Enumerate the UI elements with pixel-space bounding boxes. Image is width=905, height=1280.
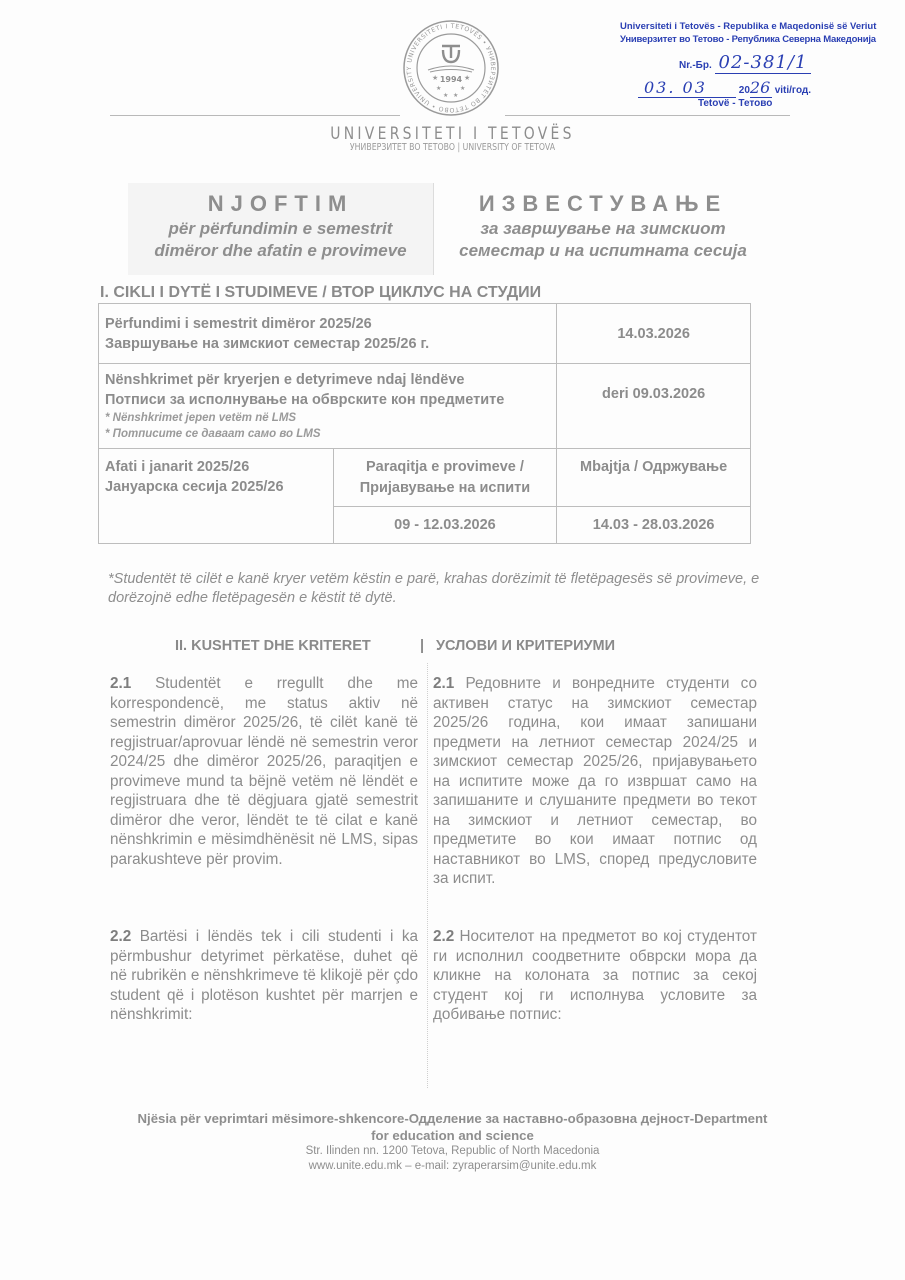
paragraph-2-2-mk: 2.2 Носителот на предметот во кој студен… [433,927,757,1025]
svg-text:★: ★ [443,92,448,99]
semester-end-date: 14.03.2026 [557,304,751,364]
footer-department-line2: for education and science [0,1127,905,1144]
title-albanian: NJOFTIM për përfundimin e semestrit dimë… [128,190,433,262]
paragraph-2-1-mk: 2.1 Редовните и вонредните студенти со а… [433,674,757,889]
paragraph-text: Studentët e rregullt dhe me korresponden… [110,675,418,868]
footer-department-line1: Njësia për veprimtari mësimore-shkencore… [0,1110,905,1127]
signatures-label-sq: Nënshkrimet për kryerjen e detyrimeve nd… [105,370,550,390]
title-heading-sq: NJOFTIM [128,190,433,218]
title-macedonian: ИЗВЕСТУВАЊЕ за завршување на зимскиот се… [438,190,768,262]
registration-stamp: Universiteti i Tetovës - Republika e Maq… [612,20,882,46]
svg-text:★: ★ [464,74,470,82]
svg-text:★: ★ [436,85,441,92]
title-divider [433,183,434,275]
payment-footnote: *Studentët të cilët e kanë kryer vetëm k… [108,570,768,608]
column-divider [427,663,428,1088]
paragraph-text: Редовните и вонредните студенти со актив… [433,675,757,887]
header-divider-left [110,115,400,116]
svg-text:★: ★ [432,74,438,82]
university-seal-icon: UNIVERSITETI I TETOVËS • УНИВЕРЗИТЕТ ВО … [398,18,504,118]
semester-end-label-sq: Përfundimi i semestrit dimëror 2025/26 [105,314,550,334]
semester-end-label: Përfundimi i semestrit dimëror 2025/26 З… [99,304,557,364]
stamp-number: Nr.-Бр. 02-381/1 [679,52,811,73]
university-name: UNIVERSITETI I TETOVËS [81,124,823,144]
signatures-deadline: deri 09.03.2026 [557,364,751,449]
title-subline2-mk: семестар и на испитната сесија [438,240,768,262]
paragraph-number: 2.2 [433,928,454,945]
stamp-date-year-suffix: 26 [750,78,772,98]
session-label-sq: Afati i janarit 2025/26 [105,457,327,477]
session-label-mk: Јануарска сесија 2025/26 [105,477,327,497]
signatures-note-sq: * Nënshkrimet jepen vetëm në LMS [105,410,550,426]
stamp-date-day-month: 03. 03 [638,78,736,98]
exam-registration-dates: 09 - 12.03.2026 [333,507,557,544]
footer-contact[interactable]: www.unite.edu.mk – e-mail: zyraperarsim@… [0,1159,905,1174]
exam-registration-header: Paraqitja e provimeve / Пријавување на и… [333,449,557,507]
title-subline2-sq: dimëror dhe afatin e provimeve [128,240,433,262]
session-label: Afati i janarit 2025/26 Јануарска сесија… [99,449,334,544]
stamp-date-year-prefix: 20 [739,85,750,96]
stamp-date-label: viti/год. [775,85,811,96]
section2-heading-mk: УСЛОВИ И КРИТЕРИУМИ [436,638,615,654]
table-row: Nënshkrimet për kryerjen e detyrimeve nd… [99,364,751,449]
stamp-date: 03. 03 2026 viti/год. [638,78,811,98]
footer-address: Str. Ilinden nn. 1200 Tetova, Republic o… [0,1144,905,1159]
table-row: Afati i janarit 2025/26 Јануарска сесија… [99,449,751,507]
paragraph-2-1-sq: 2.1 Studentët e rregullt dhe me korrespo… [110,674,418,869]
paragraph-number: 2.1 [110,675,131,692]
section1-heading: I. CIKLI I DYTË I STUDIMEVE / ВТОР ЦИКЛУ… [100,284,541,302]
exam-holding-dates: 14.03 - 28.03.2026 [557,507,751,544]
title-subline1-mk: за завршување на зимскиот [438,218,768,240]
exam-holding-header: Mbajtja / Одржување [557,449,751,507]
schedule-table: Përfundimi i semestrit dimëror 2025/26 З… [98,303,751,544]
paragraph-number: 2.2 [110,928,131,945]
title-heading-mk: ИЗВЕСТУВАЊЕ [438,190,768,218]
paragraph-2-2-sq: 2.2 Bartësi i lëndës tek i cili studenti… [110,927,418,1025]
signatures-label-mk: Потписи за исполнување на обврските кон … [105,390,550,410]
title-subline1-sq: për përfundimin e semestrit [128,218,433,240]
paragraph-text: Носителот на предметот во кој студентот … [433,928,757,1023]
stamp-number-value: 02-381/1 [715,52,812,74]
section2-heading-sq: II. KUSHTET DHE KRITERET [175,638,371,654]
svg-text:★: ★ [453,92,458,99]
stamp-institution-sq: Universiteti i Tetovës - Republika e Maq… [612,20,882,33]
stamp-number-label: Nr.-Бр. [679,60,712,71]
paragraph-text: Bartësi i lëndës tek i cili studenti i k… [110,928,418,1023]
svg-text:1994: 1994 [440,75,463,84]
svg-text:★: ★ [460,85,465,92]
semester-end-label-mk: Завршување на зимскиот семестар 2025/26 … [105,334,550,354]
signatures-note-mk: * Потписите се даваат само во LMS [105,426,550,442]
signatures-label: Nënshkrimet për kryerjen e detyrimeve nd… [99,364,557,449]
header-divider-right [505,115,790,116]
footer: Njësia për veprimtari mësimore-shkencore… [0,1110,905,1174]
stamp-city: Tetovë - Тетово [698,98,772,109]
university-subtitle: УНИВЕРЗИТЕТ ВО ТЕТОВО | UNIVERSITY OF TE… [81,142,823,153]
table-row: Përfundimi i semestrit dimëror 2025/26 З… [99,304,751,364]
stamp-institution-mk: Универзитет во Тетово - Република Северн… [612,33,882,46]
section2-heading-separator: | [420,638,424,654]
paragraph-number: 2.1 [433,675,454,692]
